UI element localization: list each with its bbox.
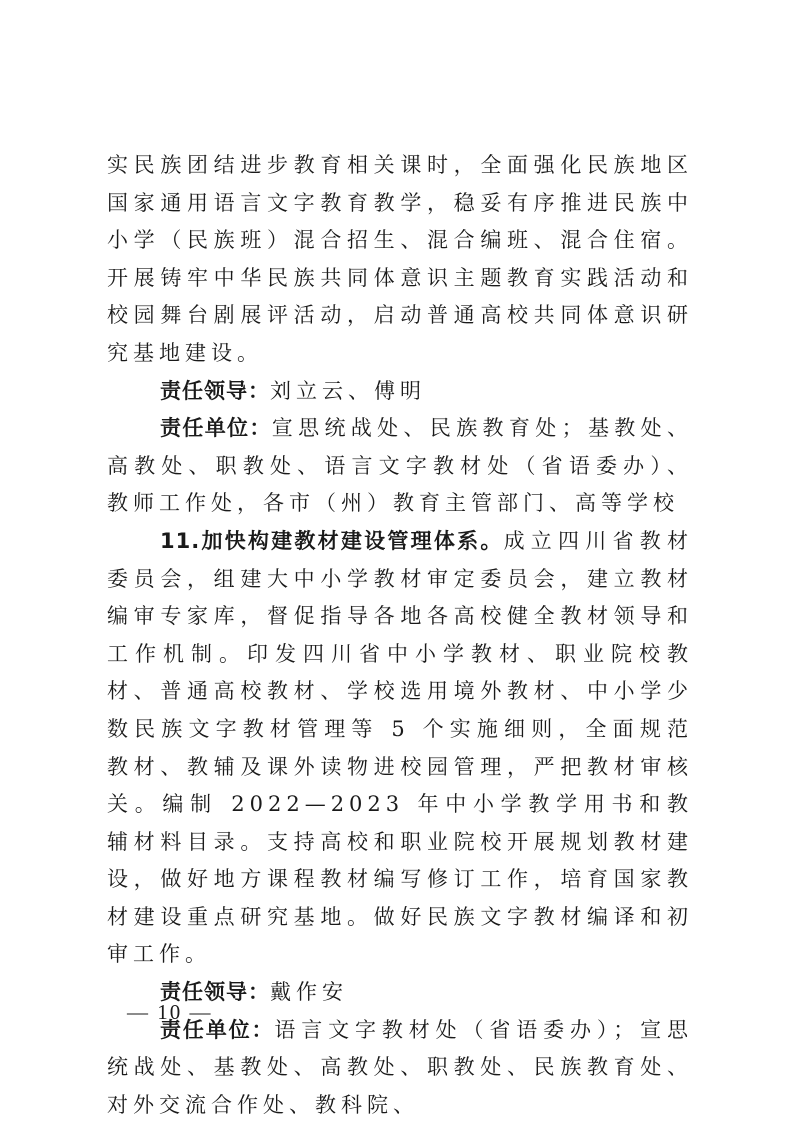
label-responsible-leaders: 责任领导： bbox=[160, 379, 270, 403]
responsible-leaders-names: 戴作安 bbox=[270, 980, 348, 1004]
section-11-textbook-management: 11.加快构建教材建设管理体系。成立四川省教材委员会，组建大中小学教材审定委员会… bbox=[107, 523, 693, 974]
paragraph-ethnic-unity-education: 实民族团结进步教育相关课时，全面强化民族地区国家通用语言文字教育教学，稳妥有序推… bbox=[107, 147, 693, 373]
paragraph-responsible-leaders-1: 责任领导：刘立云、傅明 bbox=[107, 373, 693, 411]
section-body: 成立四川省教材委员会，组建大中小学教材审定委员会，建立教材编审专家库，督促指导各… bbox=[107, 529, 693, 967]
document-page: 实民族团结进步教育相关课时，全面强化民族地区国家通用语言文字教育教学，稳妥有序推… bbox=[107, 147, 693, 1122]
paragraph-responsible-units-2: 责任单位：语言文字教材处（省语委办）；宣思统战处、基教处、高教处、职教处、民族教… bbox=[107, 1012, 693, 1122]
section-heading: 11.加快构建教材建设管理体系。 bbox=[160, 529, 504, 553]
label-responsible-units: 责任单位： bbox=[160, 416, 272, 440]
responsible-leaders-names: 刘立云、傅明 bbox=[270, 379, 426, 403]
paragraph-text: 实民族团结进步教育相关课时，全面强化民族地区国家通用语言文字教育教学，稳妥有序推… bbox=[107, 153, 693, 365]
page-number: — 10 — bbox=[127, 1000, 213, 1025]
paragraph-responsible-units-1: 责任单位：宣思统战处、民族教育处；基教处、高教处、职教处、语言文字教材处（省语委… bbox=[107, 410, 693, 523]
